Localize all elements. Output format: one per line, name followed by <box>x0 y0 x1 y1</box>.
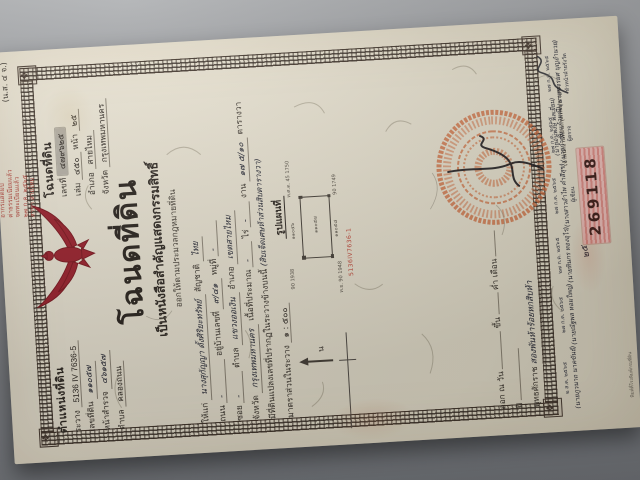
era-label: พุทธศักราช <box>529 367 541 408</box>
boundary-marker <box>302 256 306 260</box>
corner-ornament: ❖ <box>17 65 37 85</box>
book-label: เล่ม <box>72 182 83 196</box>
official-entry: ๒๗ ก.ค. ๒๕๖๕ (นายทินกร ทองอุไร) <box>553 227 576 285</box>
nationality-value: ไทย <box>188 237 205 262</box>
sheet-label: ระวาง <box>72 410 83 433</box>
garuda-emblem <box>29 197 100 313</box>
scale-value: ๑ : ๕๐๐ <box>279 302 292 343</box>
ngan-label: งาน <box>238 183 249 198</box>
wa-label: ตารางวา <box>233 101 245 134</box>
parcel-label: เลขที่ดิน <box>85 401 97 432</box>
scale-label: มาตราส่วนในระวาง <box>281 345 295 418</box>
deed-no-label: เลขที่ <box>58 178 69 198</box>
boundary-marker <box>330 254 334 258</box>
boundary-marker <box>327 194 331 198</box>
soi-value: - <box>232 370 245 402</box>
to-label: ให้แก่ <box>199 403 210 424</box>
north-label: น <box>314 346 327 352</box>
parcel-number: ๑๑๐๕๗ <box>312 216 321 233</box>
corner-ref: 90 1938 <box>290 269 297 290</box>
house-label: อยู่บ้านเลขที่ <box>211 311 224 356</box>
deed-no-value: ๔๗๙๖๒๕ <box>55 127 68 175</box>
parcel-sketch: ๑๑๐๕๗ <box>299 195 333 259</box>
land-title-deed: ❖ ❖ ❖ ❖ (น.ส. ๔ จ.) อากรแสตมป์ ค่าธรรมเน… <box>0 16 640 465</box>
moo-value: - <box>206 220 219 256</box>
photo-background: ❖ ❖ ❖ ❖ (น.ส. ๔ จ.) อากรแสตมป์ ค่าธรรมเน… <box>0 0 640 480</box>
road-value: - <box>214 359 228 403</box>
rai-label: ไร่ <box>240 229 250 238</box>
issue-moon-label: ขึ้น <box>492 317 503 329</box>
book-value: ๔๕๐ <box>70 152 83 180</box>
official-seal <box>431 104 558 231</box>
official-entry: ๒ ส.ค. ๒๕๖๕ (นายภูวนาถ นาคขันธ์) <box>560 345 583 410</box>
owner-subdistrict-value: แขวงออเงิน <box>225 292 243 345</box>
serial-handwritten-note: ๒๕ <box>577 244 594 260</box>
boundary-marker <box>298 196 302 200</box>
issue-month-label: ค่ำ เดือน <box>488 258 500 290</box>
survey-value: ๔๖๑๕๗ <box>95 349 112 389</box>
adjacent-parcel-below: ๑๑๐๕๘ <box>332 220 341 237</box>
printer-imprint: พิมพ์ที่โรงพิมพ์กรมที่ดิน <box>627 352 637 398</box>
map-title: รูปแผนที่ <box>272 195 287 239</box>
road-label: ถนน <box>217 405 228 422</box>
district-label: อำเภอ <box>86 172 97 195</box>
house-value: ๙/๔๑ <box>207 278 224 309</box>
sheet-reference-red: 5136IV7636-1 <box>345 227 355 276</box>
ngan-value: - <box>239 201 252 227</box>
serial-number-stamp: 269118 <box>576 147 610 245</box>
official-entry: ๒๗ ก.ค. ๒๕๖๕ (นายณัฐพล หอมใหญ่) <box>556 283 579 346</box>
soi-label: ซอย <box>234 405 245 421</box>
official-entry: ๒๗ ก.ค. ๒๕๖๕ (นายกำชัย แก้วมณี) ผู้ตรวจ <box>546 106 577 164</box>
area-label: เนื้อที่ประมาณ <box>243 269 256 321</box>
corner-ref: ท.ศ.ด. 45 1750 <box>283 161 293 198</box>
rai-value: - <box>241 241 254 267</box>
deed-content: ❖ ❖ ❖ ❖ (น.ส. ๔ จ.) อากรแสตมป์ ค่าธรรมเน… <box>0 16 640 465</box>
corner-ref: ท.ย. 90 1948 <box>336 261 346 293</box>
moo-label: หมู่ที่ <box>208 259 219 276</box>
serial-number: 269118 <box>581 155 605 237</box>
page-value: ๒๕ <box>68 109 80 131</box>
form-code: (น.ส. ๔ จ.) <box>0 62 12 103</box>
owner-province-label: จังหวัด <box>250 395 261 420</box>
north-arrow <box>303 359 333 363</box>
issue-day-label: ออก ณ วัน <box>495 371 507 409</box>
adjacent-parcel-above: ๑๑๐๕๖ <box>289 223 298 240</box>
wa-value: ๑๗ ๕/๑๐ <box>233 137 251 181</box>
survey-label: หน้าสำรวจ <box>100 391 112 431</box>
corner-ornament: ❖ <box>39 428 59 448</box>
page-label: หน้า <box>69 134 80 150</box>
owner-district-label: อำเภอ <box>225 266 236 290</box>
corner-ref: 90 1749 <box>331 174 338 195</box>
owner-subdistrict-label: ตำบล <box>230 347 241 368</box>
official-entry: ๒๗ ก.ค. ๒๕๖๕ (นางสาวอำไพ คำสีสุข) ผู้เขี… <box>549 162 580 228</box>
nationality-label: สัญชาติ <box>191 264 203 293</box>
signature-scrawl <box>531 51 574 103</box>
district-value: สายไหม <box>83 130 96 170</box>
owner-district-value: เขตสายไหม <box>220 210 238 264</box>
issue-year-label: ปี <box>514 403 524 409</box>
